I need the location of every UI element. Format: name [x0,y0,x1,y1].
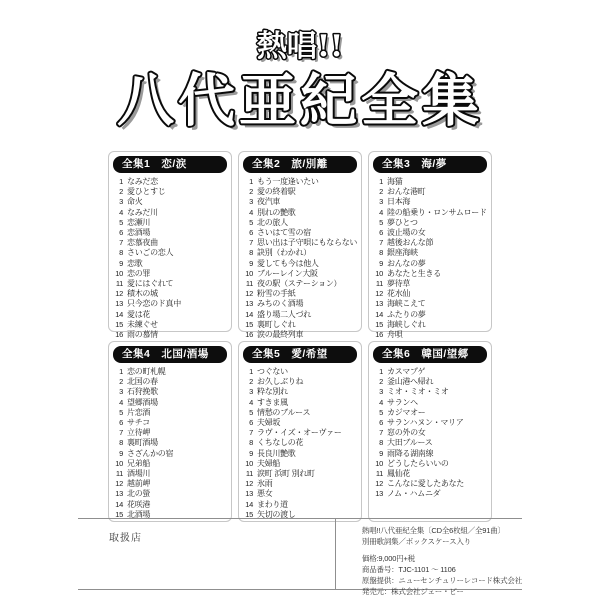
song-number: 14 [113,310,123,320]
song-title: お久しぶりね [257,377,303,387]
song-title: 雨降る湖南線 [387,449,433,459]
song-title: ふたりの夢 [387,310,426,320]
song-item: 6サランハヌン・マリア [373,418,487,428]
song-number: 11 [373,469,383,479]
song-title: 石狩挽歌 [127,387,158,397]
song-item: 7恋慕夜曲 [113,238,227,248]
song-number: 7 [113,238,123,248]
song-item: 6さいはて雪の宿 [243,228,357,238]
song-title: 波止場の女 [387,228,426,238]
song-item: 1もう一度逢いたい [243,177,357,187]
song-item: 1海猫 [373,177,487,187]
song-item: 5片恋酒 [113,408,227,418]
song-item: 12氷雨 [243,479,357,489]
song-item: 13海峡こえて [373,299,487,309]
song-number: 10 [373,269,383,279]
song-title: カスマプゲ [387,367,425,377]
song-item: 8大田ブルース [373,438,487,448]
song-title: 大田ブルース [387,438,432,448]
song-title: 盛り場二人づれ [257,310,311,320]
title-top: 熱唱!! [257,29,343,64]
song-list: 1なみだ恋2愛ひとすじ3命火4なみだ川5恋瀬川6恋酒場7恋慕夜曲8さいごの恋人9… [113,177,227,340]
song-item: 16涙の最終列車 [243,330,357,340]
song-item: 2愛ひとすじ [113,187,227,197]
sections-grid: 全集1 恋/涙1なみだ恋2愛ひとすじ3命火4なみだ川5恋瀬川6恋酒場7恋慕夜曲8… [108,151,492,522]
song-title: 氷雨 [257,479,272,489]
song-item: 6サチコ [113,418,227,428]
song-number: 12 [243,289,253,299]
song-item: 10夫婦船 [243,459,357,469]
song-title: 窓の外の女 [387,428,426,438]
song-item: 2おんな港町 [373,187,487,197]
song-title: 未練ぐせ [127,320,158,330]
song-number: 14 [243,500,253,510]
song-title: ノム・ハムニダ [387,489,440,499]
song-number: 14 [113,500,123,510]
song-number: 6 [113,418,123,428]
song-title: 長良川艶歌 [257,449,296,459]
song-title: 雨の慕情 [127,330,158,340]
song-item: 8裏町酒場 [113,438,227,448]
song-number: 6 [113,228,123,238]
song-title: 恋歌 [127,259,142,269]
song-title: 陸の船乗り・ロンサムロード [387,208,487,218]
song-number: 2 [243,377,253,387]
product-package-line: 別冊歌詞集／ボックスケース入り [362,536,522,547]
song-title: サチコ [127,418,150,428]
song-number: 7 [113,428,123,438]
album-section-3: 全集3 海/夢1海猫2おんな港町3日本海4陸の船乗り・ロンサムロード5夢ひとつ6… [368,151,492,332]
song-item: 4サランヘ [373,398,487,408]
song-title: 夜汽車 [257,197,280,207]
song-number: 10 [243,269,253,279]
song-item: 7立待岬 [113,428,227,438]
song-title: くちなしの花 [257,438,303,448]
album-section-1: 全集1 恋/涙1なみだ恋2愛ひとすじ3命火4なみだ川5恋瀬川6恋酒場7恋慕夜曲8… [108,151,232,332]
song-title: 悪女 [257,489,272,499]
song-list: 1恋の町札幌2北国の春3石狩挽歌4望郷酒場5片恋酒6サチコ7立待岬8裏町酒場9さ… [113,367,227,520]
product-number-line: 商品番号：TJC-1101 〜 1106 [362,564,522,575]
song-title: 恋酒場 [127,228,150,238]
song-number: 3 [113,387,123,397]
song-number: 2 [373,377,383,387]
song-number: 12 [243,479,253,489]
song-item: 15裏町しぐれ [243,320,357,330]
song-number: 13 [243,299,253,309]
song-title: 北の旅人 [257,218,288,228]
song-item: 9愛しても今は他人 [243,259,357,269]
song-number: 13 [373,299,383,309]
song-title: さいごの恋人 [127,248,173,258]
song-number: 10 [113,269,123,279]
song-item: 14愛は花 [113,310,227,320]
song-title: 北の螢 [127,489,150,499]
song-item: 6恋酒場 [113,228,227,238]
song-number: 12 [113,289,123,299]
song-title: さざんかの宿 [127,449,173,459]
song-list: 1もう一度逢いたい2愛の終着駅3夜汽車4別れの艶歌5北の旅人6さいはて雪の宿7思… [243,177,357,340]
song-number: 8 [243,248,253,258]
song-number: 14 [373,310,383,320]
flyer-page: 熱唱!! 熱唱!! 八代亜紀全集 八代亜紀全集 全集1 恋/涙1なみだ恋2愛ひと… [0,0,600,600]
song-number: 5 [373,408,383,418]
song-number: 8 [113,438,123,448]
song-number: 13 [113,299,123,309]
song-number: 9 [113,259,123,269]
song-number: 9 [243,259,253,269]
song-number: 6 [243,228,253,238]
song-item: 3命火 [113,197,227,207]
song-title: 涙の最終列車 [257,330,303,340]
song-title: 夢待草 [387,279,410,289]
song-title: 銀座海峡 [387,248,418,258]
album-section-4: 全集4 北国/酒場1恋の町札幌2北国の春3石狩挽歌4望郷酒場5片恋酒6サチコ7立… [108,341,232,522]
song-item: 14まわり道 [243,500,357,510]
song-item: 2釜山港へ帰れ [373,377,487,387]
song-item: 3ミオ・ミオ・ミオ [373,387,487,397]
song-title: 海峡こえて [387,299,426,309]
song-number: 7 [243,428,253,438]
dealer-label: 取扱店 [109,533,142,544]
song-title: 花咲港 [127,500,150,510]
song-item: 5情愁のブルース [243,408,357,418]
song-title: 愛ひとすじ [127,187,166,197]
song-number: 10 [373,459,383,469]
song-title: 愛の終着駅 [257,187,296,197]
song-number: 12 [373,289,383,299]
song-title: 恋慕夜曲 [127,238,158,248]
song-item: 14ふたりの夢 [373,310,487,320]
song-item: 12こんなに愛したあなた [373,479,487,489]
song-title: 兄弟船 [127,459,150,469]
song-number: 8 [113,248,123,258]
song-title: 別れの艶歌 [257,208,296,218]
song-title: カジマオー [387,408,426,418]
song-number: 6 [373,418,383,428]
song-title: まわり道 [257,500,288,510]
song-item: 15海峡しぐれ [373,320,487,330]
song-number: 3 [113,197,123,207]
song-title: 恋瀬川 [127,218,150,228]
song-item: 8さいごの恋人 [113,248,227,258]
song-number: 7 [243,238,253,248]
song-number: 2 [113,377,123,387]
song-number: 4 [113,208,123,218]
song-number: 13 [373,489,383,499]
song-title: 夫婦船 [257,459,280,469]
song-title: 積木の城 [127,289,158,299]
song-number: 7 [373,428,383,438]
song-item: 10兄弟船 [113,459,227,469]
song-title: 舟唄 [387,330,402,340]
song-number: 15 [113,320,123,330]
song-number: 12 [373,479,383,489]
album-section-6: 全集6 韓国/望郷1カスマプゲ2釜山港へ帰れ3ミオ・ミオ・ミオ4サランヘ5カジマ… [368,341,492,522]
song-number: 16 [113,330,123,340]
song-title: みちのく酒場 [257,299,303,309]
song-number: 1 [113,177,123,187]
song-item: 12花水仙 [373,289,487,299]
section-header: 全集6 韓国/望郷 [373,346,487,363]
album-title-art: 熱唱!! 熱唱!! 八代亜紀全集 八代亜紀全集 [0,18,600,140]
song-title: おんなの夢 [387,259,426,269]
song-title: 酒場川 [127,469,150,479]
footer: 取扱店 熱唱!!八代亜紀全集〔CD全6枚組／全91曲〕 別冊歌詞集／ボックスケー… [78,518,522,590]
song-number: 2 [113,187,123,197]
song-title: どうしたらいいの [387,459,449,469]
song-number: 14 [243,310,253,320]
song-number: 5 [113,408,123,418]
song-item: 8訣別（わかれ） [243,248,357,258]
song-item: 7窓の外の女 [373,428,487,438]
song-number: 7 [373,238,383,248]
song-item: 7思い出は子守唄にもならない [243,238,357,248]
song-title: 夜の駅（ステーション） [257,279,341,289]
song-item: 3粋な別れ [243,387,357,397]
song-item: 11酒場川 [113,469,227,479]
song-item: 13北の螢 [113,489,227,499]
song-number: 2 [373,187,383,197]
song-number: 1 [373,367,383,377]
song-title: 粉雪の手紙 [257,289,296,299]
song-item: 13只今恋のド真中 [113,299,227,309]
song-number: 3 [373,387,383,397]
song-number: 1 [243,367,253,377]
song-number: 2 [243,187,253,197]
song-item: 13みちのく酒場 [243,299,357,309]
song-number: 5 [243,408,253,418]
song-item: 12越前岬 [113,479,227,489]
song-list: 1海猫2おんな港町3日本海4陸の船乗り・ロンサムロード5夢ひとつ6波止場の女7越… [373,177,487,340]
song-number: 12 [113,479,123,489]
song-title: さいはて雪の宿 [257,228,311,238]
song-item: 11鳳仙花 [373,469,487,479]
song-title: 命火 [127,197,142,207]
title-block: 熱唱!! 熱唱!! 八代亜紀全集 八代亜紀全集 [0,0,600,145]
song-title: 越前岬 [127,479,150,489]
song-number: 9 [373,259,383,269]
song-title: 夢ひとつ [387,218,418,228]
song-number: 11 [113,469,123,479]
song-item: 3夜汽車 [243,197,357,207]
song-number: 4 [113,398,123,408]
song-title: 望郷酒場 [127,398,158,408]
song-title: 愛は花 [127,310,150,320]
song-number: 5 [373,218,383,228]
product-price-line: 価格:9,000円+税 [362,553,522,564]
song-number: 3 [373,197,383,207]
song-title: ブルーレイン大阪 [257,269,318,279]
song-number: 9 [373,449,383,459]
song-number: 10 [243,459,253,469]
song-number: 5 [113,218,123,228]
song-title: なみだ川 [127,208,158,218]
song-title: 愛にはぐれて [127,279,173,289]
song-title: 涙町 浜町 別れ町 [257,469,315,479]
song-number: 10 [113,459,123,469]
song-title: サランハヌン・マリア [387,418,463,428]
song-item: 9おんなの夢 [373,259,487,269]
song-number: 11 [373,279,383,289]
song-item: 3石狩挽歌 [113,387,227,397]
product-seller-line: 発売元：株式会社ジェー・ピー [362,586,522,597]
song-item: 1つぐない [243,367,357,377]
song-title: 裏町酒場 [127,438,158,448]
product-info: 熱唱!!八代亜紀全集〔CD全6枚組／全91曲〕 別冊歌詞集／ボックスケース入り … [336,519,522,589]
song-item: 4別れの艶歌 [243,208,357,218]
song-item: 12粉雪の手紙 [243,289,357,299]
song-number: 11 [113,279,123,289]
album-section-2: 全集2 旅/別離1もう一度逢いたい2愛の終着駅3夜汽車4別れの艶歌5北の旅人6さ… [238,151,362,332]
song-number: 9 [113,449,123,459]
song-title: 思い出は子守唄にもならない [257,238,357,248]
song-title: 恋の町札幌 [127,367,166,377]
song-title: 越後おんな節 [387,238,433,248]
song-item: 7越後おんな節 [373,238,487,248]
section-header: 全集5 愛/希望 [243,346,357,363]
song-item: 10どうしたらいいの [373,459,487,469]
song-number: 4 [243,398,253,408]
song-item: 1恋の町札幌 [113,367,227,377]
song-number: 11 [243,279,253,289]
song-title: 夫婦坂 [257,418,280,428]
song-title: 愛しても今は他人 [257,259,319,269]
song-number: 16 [243,330,253,340]
song-item: 13ノム・ハムニダ [373,489,487,499]
song-title: おんな港町 [387,187,426,197]
song-title: すきま風 [257,398,288,408]
section-header: 全集4 北国/酒場 [113,346,227,363]
song-number: 1 [113,367,123,377]
song-number: 5 [243,218,253,228]
song-title: 情愁のブルース [257,408,310,418]
song-item: 7ラヴ・イズ・オーヴァー [243,428,357,438]
song-item: 1カスマプゲ [373,367,487,377]
song-number: 15 [373,320,383,330]
song-title: こんなに愛したあなた [387,479,464,489]
song-item: 16雨の慕情 [113,330,227,340]
title-main: 八代亜紀全集 [117,67,483,134]
song-title: 恋の罪 [127,269,150,279]
dealer-stamp-box: 取扱店 [78,519,336,589]
song-title: 訣別（わかれ） [257,248,311,258]
song-title: なみだ恋 [127,177,158,187]
song-item: 14盛り場二人づれ [243,310,357,320]
song-item: 9さざんかの宿 [113,449,227,459]
song-list: 1カスマプゲ2釜山港へ帰れ3ミオ・ミオ・ミオ4サランヘ5カジマオー6サランハヌン… [373,367,487,500]
song-number: 1 [243,177,253,187]
section-header: 全集1 恋/涙 [113,156,227,173]
album-section-5: 全集5 愛/希望1つぐない2お久しぶりね3粋な別れ4すきま風5情愁のブルース6夫… [238,341,362,522]
song-title: 日本海 [387,197,410,207]
song-item: 9雨降る湖南線 [373,449,487,459]
song-title: 花水仙 [387,289,410,299]
song-number: 16 [373,330,383,340]
song-item: 9恋歌 [113,259,227,269]
song-item: 11夜の駅（ステーション） [243,279,357,289]
song-number: 4 [373,208,383,218]
song-number: 4 [373,398,383,408]
song-number: 3 [243,197,253,207]
song-number: 4 [243,208,253,218]
song-title: 只今恋のド真中 [127,299,181,309]
song-item: 15未練ぐせ [113,320,227,330]
song-number: 8 [373,248,383,258]
song-number: 15 [243,320,253,330]
song-number: 3 [243,387,253,397]
song-number: 13 [113,489,123,499]
song-item: 5カジマオー [373,408,487,418]
song-item: 11愛にはぐれて [113,279,227,289]
song-title: 粋な別れ [257,387,288,397]
song-item: 8くちなしの花 [243,438,357,448]
song-item: 6波止場の女 [373,228,487,238]
song-title: 裏町しぐれ [257,320,296,330]
song-number: 11 [243,469,253,479]
song-item: 2お久しぶりね [243,377,357,387]
song-title: もう一度逢いたい [257,177,319,187]
song-item: 10あなたと生きる [373,269,487,279]
song-item: 6夫婦坂 [243,418,357,428]
song-number: 6 [373,228,383,238]
song-number: 13 [243,489,253,499]
song-title: サランヘ [387,398,418,408]
song-item: 10恋の罪 [113,269,227,279]
song-title: あなたと生きる [387,269,441,279]
song-item: 2北国の春 [113,377,227,387]
section-header: 全集3 海/夢 [373,156,487,173]
song-item: 3日本海 [373,197,487,207]
song-item: 11涙町 浜町 別れ町 [243,469,357,479]
song-item: 4すきま風 [243,398,357,408]
song-item: 1なみだ恋 [113,177,227,187]
song-item: 2愛の終着駅 [243,187,357,197]
song-item: 14花咲港 [113,500,227,510]
song-item: 4望郷酒場 [113,398,227,408]
song-title: ラヴ・イズ・オーヴァー [257,428,342,438]
song-title: 海峡しぐれ [387,320,426,330]
song-item: 5恋瀬川 [113,218,227,228]
song-title: 釜山港へ帰れ [387,377,433,387]
song-item: 4なみだ川 [113,208,227,218]
song-item: 8銀座海峡 [373,248,487,258]
song-item: 10ブルーレイン大阪 [243,269,357,279]
song-number: 1 [373,177,383,187]
section-header: 全集2 旅/別離 [243,156,357,173]
song-title: ミオ・ミオ・ミオ [387,387,449,397]
product-master-line: 原盤提供：ニューセンチュリーレコード株式会社 [362,575,522,586]
song-item: 13悪女 [243,489,357,499]
song-number: 8 [243,438,253,448]
song-item: 12積木の城 [113,289,227,299]
song-title: 北国の春 [127,377,158,387]
song-item: 5北の旅人 [243,218,357,228]
song-title: 片恋酒 [127,408,150,418]
song-item: 5夢ひとつ [373,218,487,228]
song-item: 16舟唄 [373,330,487,340]
song-list: 1つぐない2お久しぶりね3粋な別れ4すきま風5情愁のブルース6夫婦坂7ラヴ・イズ… [243,367,357,520]
song-title: 立待岬 [127,428,150,438]
song-number: 9 [243,449,253,459]
song-item: 11夢待草 [373,279,487,289]
song-item: 9長良川艶歌 [243,449,357,459]
song-title: つぐない [257,367,288,377]
song-number: 8 [373,438,383,448]
song-title: 海猫 [387,177,402,187]
song-title: 鳳仙花 [387,469,410,479]
product-title-line: 熱唱!!八代亜紀全集〔CD全6枚組／全91曲〕 [362,525,522,536]
song-number: 6 [243,418,253,428]
